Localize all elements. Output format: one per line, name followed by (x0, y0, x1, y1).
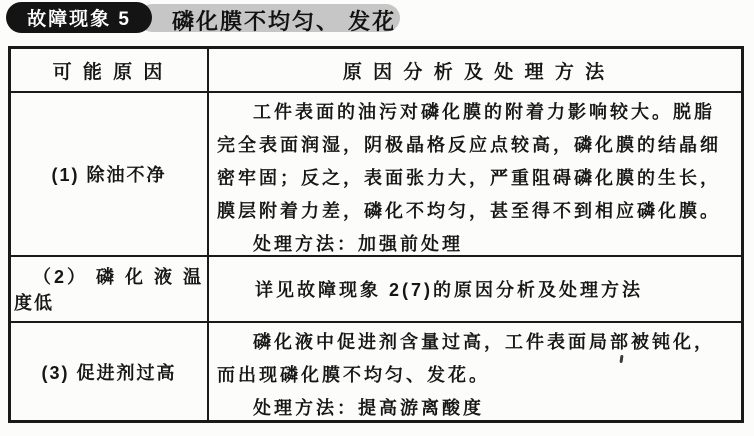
table-row-1-cause: (1) 除油不净 (11, 93, 209, 257)
fault-header: 故障现象 5 磷化膜不均匀、 发花 (0, 0, 754, 44)
table-row-1-analysis: 工件表面的油污对磷化膜的附着力影响较大。脱脂完全表面润湿，阴极晶格反应点较高，磷… (209, 93, 741, 257)
cause-text: (1) 除油不净 (11, 161, 207, 187)
table-row-2-cause: （2） 磷 化 液 温 度低 (11, 257, 209, 323)
column-header-analysis: 原 因 分 析 及 处 理 方 法 (209, 49, 741, 93)
fault-title: 磷化膜不均匀、 发花 (172, 5, 396, 36)
table-row-3-cause: (3) 促进剂过高 (11, 323, 209, 420)
treatment-text: 处理方法：提高游离酸度 (217, 392, 733, 420)
table-row-3-analysis: 磷化液中促进剂含量过高，工件表面局部被钝化，而出现磷化膜不均匀、发花。 处理方法… (209, 323, 741, 420)
document-page: 故障现象 5 磷化膜不均匀、 发花 可 能 原 因 原 因 分 析 及 处 理 … (0, 0, 754, 436)
analysis-text: 工件表面的油污对磷化膜的附着力影响较大。脱脂完全表面润湿，阴极晶格反应点较高，磷… (217, 96, 733, 228)
table-row-2-analysis: 详见故障现象 2(7)的原因分析及处理方法 (209, 257, 741, 323)
cause-text: (3) 促进剂过高 (11, 359, 207, 385)
fault-number-badge: 故障现象 5 (6, 2, 152, 33)
cause-text-line-2: 度低 (11, 289, 207, 315)
fault-table: 可 能 原 因 原 因 分 析 及 处 理 方 法 (1) 除油不净 工件表面的… (8, 46, 744, 423)
cause-text-line-1: （2） 磷 化 液 温 (11, 263, 207, 289)
treatment-text: 处理方法：加强前处理 (217, 228, 733, 257)
analysis-text: 详见故障现象 2(7)的原因分析及处理方法 (255, 276, 643, 302)
analysis-text: 磷化液中促进剂含量过高，工件表面局部被钝化，而出现磷化膜不均匀、发花。 (217, 326, 733, 392)
fault-number-label: 故障现象 5 (27, 4, 131, 31)
column-header-cause: 可 能 原 因 (11, 49, 209, 93)
